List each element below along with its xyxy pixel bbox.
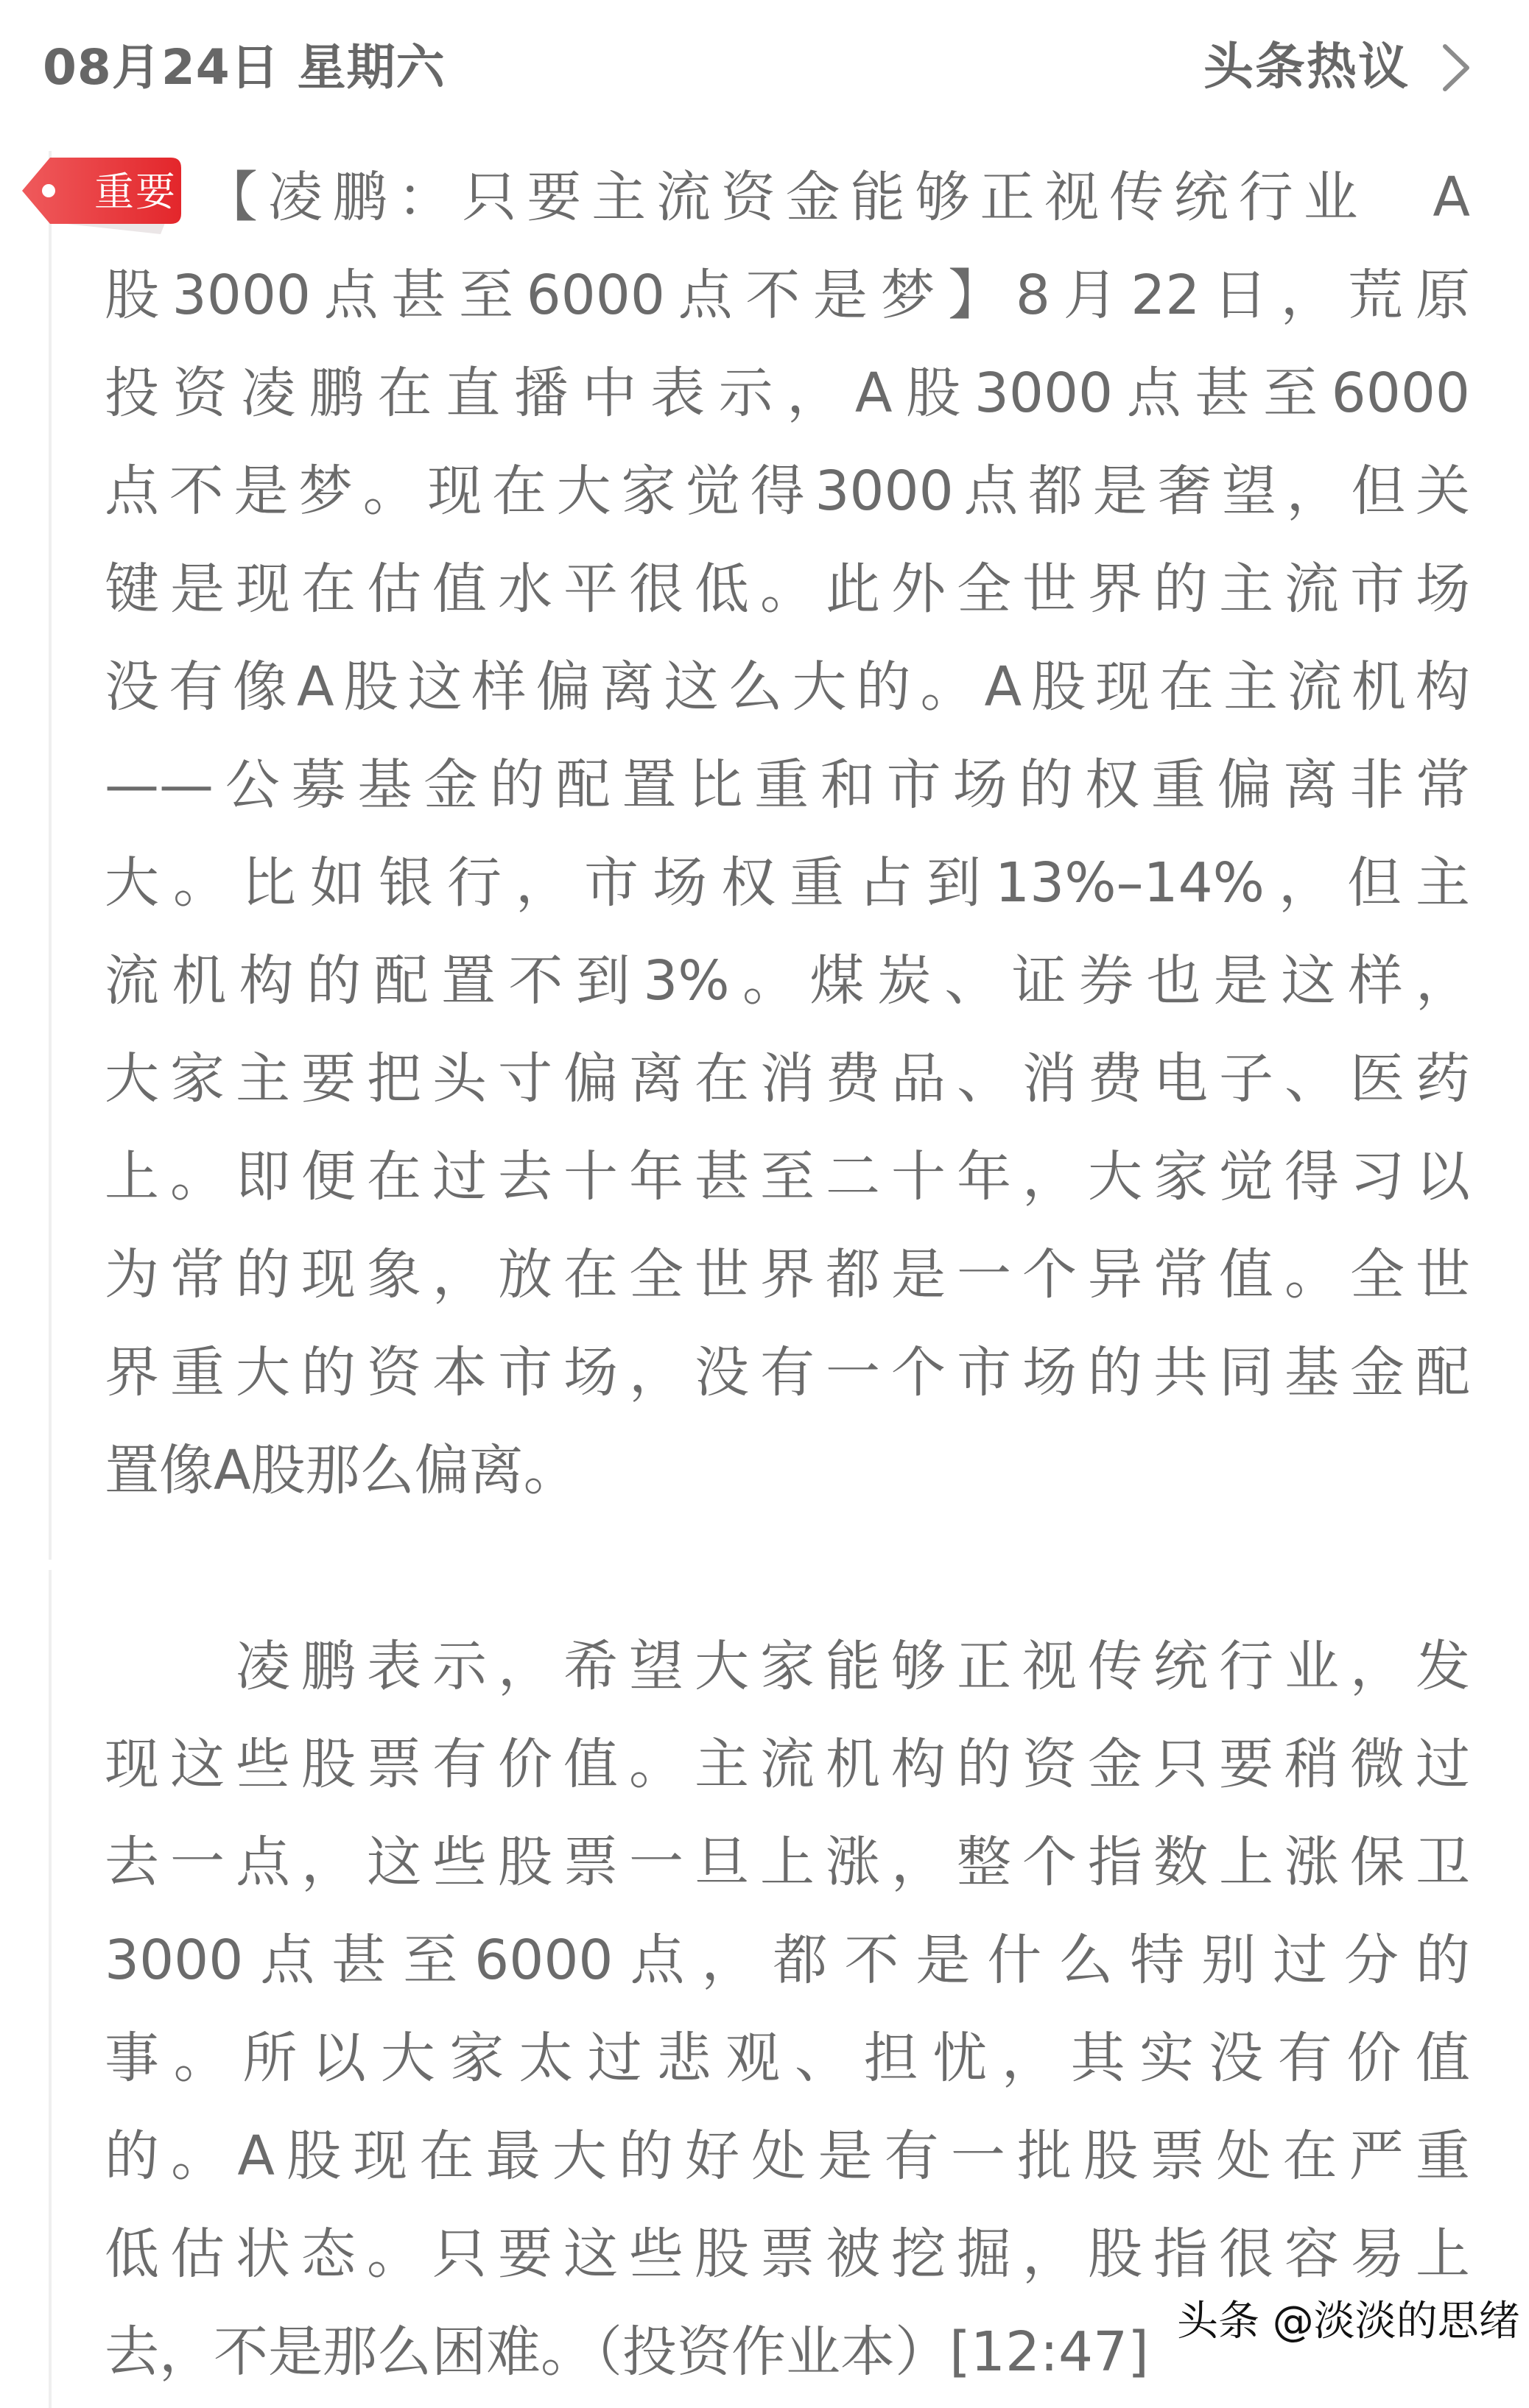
paragraph-line: ——公募基金的配置比重和市场的权重偏离非常: [105, 748, 1470, 846]
header: 08月24日 星期六 头条热议: [0, 0, 1529, 140]
paragraph-line: 界重大的资本市场，没有一个市场的共同基金配: [105, 1336, 1470, 1434]
paragraph-line: 点不是梦。现在大家觉得3000点都是奢望，但关: [105, 454, 1470, 552]
paragraph-line: 大。比如银行，市场权重占到13%–14%，但主: [105, 846, 1470, 944]
paragraph-line: 凌鹏表示，希望大家能够正视传统行业，发: [105, 1630, 1470, 1728]
badge-label: 重要: [94, 166, 177, 218]
hot-discussion-label: 头条热议: [1203, 38, 1410, 97]
paragraph-line: 投资凌鹏在直播中表示，A股3000点甚至6000: [105, 356, 1470, 454]
paragraph-line: 大家主要把头寸偏离在消费品、消费电子、医药: [105, 1042, 1470, 1140]
paragraph-line: 现这些股票有价值。主流机构的资金只要稍微过: [105, 1728, 1470, 1826]
watermark: 头条 @淡淡的思绪: [1177, 2296, 1520, 2348]
paragraph-line: 去一点，这些股票一旦上涨，整个指数上涨保卫: [105, 1826, 1470, 1923]
paragraph-line: 3000点甚至6000点，都不是什么特别过分的: [105, 1923, 1470, 2021]
paragraph-line: 事。所以大家太过悲观、担忧，其实没有价值: [105, 2021, 1470, 2119]
paragraph-line: 键是现在估值水平很低。此外全世界的主流市场: [105, 552, 1470, 650]
important-badge: 重要: [22, 158, 183, 246]
paragraph-line: 流机构的配置不到3%。煤炭、证券也是这样，: [105, 944, 1470, 1042]
paragraph-line: 置像A股那么偏离。: [105, 1434, 1470, 1532]
paragraph-line: 股3000点甚至6000点不是梦】8月22日，荒原: [105, 258, 1470, 356]
hot-discussion-link[interactable]: 头条热议: [1203, 37, 1473, 99]
tag-hole-icon: [42, 184, 55, 197]
timeline-line: [49, 1570, 52, 2408]
paragraph-line: 为常的现象，放在全世界都是一个异常值。全世: [105, 1238, 1470, 1336]
date-label: 08月24日 星期六: [43, 38, 446, 97]
timeline-line: [49, 151, 52, 1560]
paragraph-line: 上。即便在过去十年甚至二十年，大家觉得习以: [105, 1140, 1470, 1238]
chevron-right-icon: [1439, 42, 1473, 94]
paragraph-line: 的。A股现在最大的好处是有一批股票处在严重: [105, 2119, 1470, 2217]
article-title-line: 【凌鹏：只要主流资金能够正视传统行业 A: [203, 161, 1470, 258]
paragraph-line: 没有像A股这样偏离这么大的。A股现在主流机构: [105, 650, 1470, 748]
